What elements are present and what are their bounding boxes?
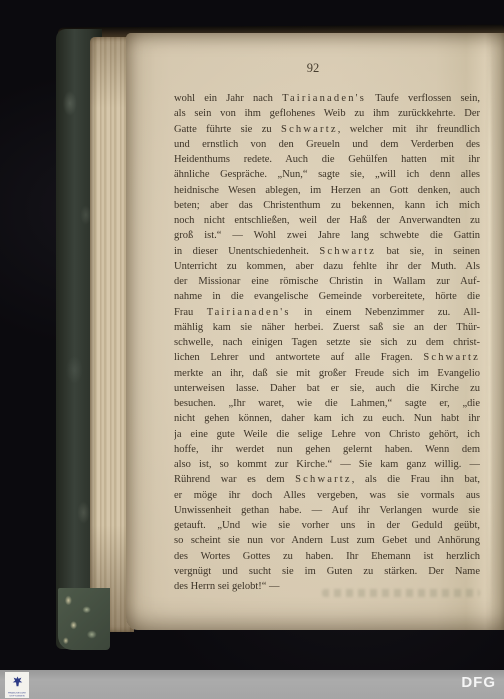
text-line: des Wortes Gottes zu haben. Ihr Ehemann … xyxy=(174,549,480,564)
text-line: schwelle, nach einigen Tagen setzte sie … xyxy=(174,335,480,350)
text-line: Frau Tairianaden's in einem Nebenzimmer … xyxy=(174,305,480,320)
page-number: 92 xyxy=(160,61,466,76)
text-line: also ist, so kommt zur Kirche.“ — Sie ka… xyxy=(174,457,480,472)
text-line: Rührend war es dem Schwartz, als die Fra… xyxy=(174,472,480,487)
text-line: heidnische Wesen ablegen, im Herzen an G… xyxy=(174,183,480,198)
text-line: groß ist.“ — Wohl zwei Jahre lang schweb… xyxy=(174,228,480,243)
book-cover-corner xyxy=(58,588,110,650)
text-line: Unwissenheit gethan habe. — Auf ihr Verl… xyxy=(174,503,480,518)
footer-band: FRANCKESCHE STIFTUNGEN DFG xyxy=(0,670,504,699)
text-line: noch nicht entschließen, weil der Haß de… xyxy=(174,213,480,228)
text-line: und ernstlich von den Greueln und dem Ve… xyxy=(174,137,480,152)
bleedthrough-smudge xyxy=(322,589,480,597)
book-page: 92 wohl ein Jahr nach Tairianaden's Tauf… xyxy=(126,33,504,630)
text-line: in dieser Unentschiedenheit. Schwartz ba… xyxy=(174,244,480,259)
text-line: Heidenthums redete. Auch die Gehülfen ha… xyxy=(174,152,480,167)
text-line: der Missionar eine römische Christin in … xyxy=(174,274,480,289)
text-line: unterweisen lasse. Daher bat er sie, auc… xyxy=(174,381,480,396)
text-line: er möge ihr doch Alles vergeben, was sie… xyxy=(174,488,480,503)
text-line: beten; aber das Christenthum zu bekennen… xyxy=(174,198,480,213)
text-line: besuchen. „Ihr waret, wie die Lahmen,“ s… xyxy=(174,396,480,411)
text-line: getauft. „Und wie sie vorher uns in der … xyxy=(174,518,480,533)
text-line: hoffe, ihr werdet nun gehen gelernt habe… xyxy=(174,442,480,457)
text-line: nicht gehen können, daher kam ich zu euc… xyxy=(174,411,480,426)
text-line: ähnliche Gespräche. „Nun,“ sagte sie, „w… xyxy=(174,167,480,182)
text-line: vergnügt und sucht sie im Guten zu stärk… xyxy=(174,564,480,579)
text-line: nahme in die evangelische Gemeinde vorbe… xyxy=(174,289,480,304)
dfg-logo: DFG xyxy=(461,674,496,691)
library-logo: FRANCKESCHE STIFTUNGEN xyxy=(5,672,29,698)
text-line: wohl ein Jahr nach Tairianaden's Taufe v… xyxy=(174,91,480,106)
text-line: ja eine gute Weile die selige Lehre von … xyxy=(174,427,480,442)
book-scan: 92 wohl ein Jahr nach Tairianaden's Tauf… xyxy=(0,0,504,699)
eagle-emblem-icon xyxy=(12,674,23,692)
library-logo-text-line2: STIFTUNGEN xyxy=(6,695,28,698)
text-line: so scheint sie nun vor Andern Lust zum G… xyxy=(174,533,480,548)
text-line: Gatte führte sie zu Schwartz, welcher mi… xyxy=(174,122,480,137)
page-text-block: wohl ein Jahr nach Tairianaden's Taufe v… xyxy=(174,91,480,594)
text-line: merkte an ihr, daß sie mit großer Freude… xyxy=(174,366,480,381)
text-line: mählig kam sie näher herbei. Zuerst saß … xyxy=(174,320,480,335)
text-line: Unterricht zu kommen, aber dazu fehlte i… xyxy=(174,259,480,274)
text-line: lichen Lehrer und antwortete auf alle Fr… xyxy=(174,350,480,365)
page-gutter-crease xyxy=(488,33,491,630)
text-line: als sein von ihm geflohenes Weib zu ihm … xyxy=(174,106,480,121)
